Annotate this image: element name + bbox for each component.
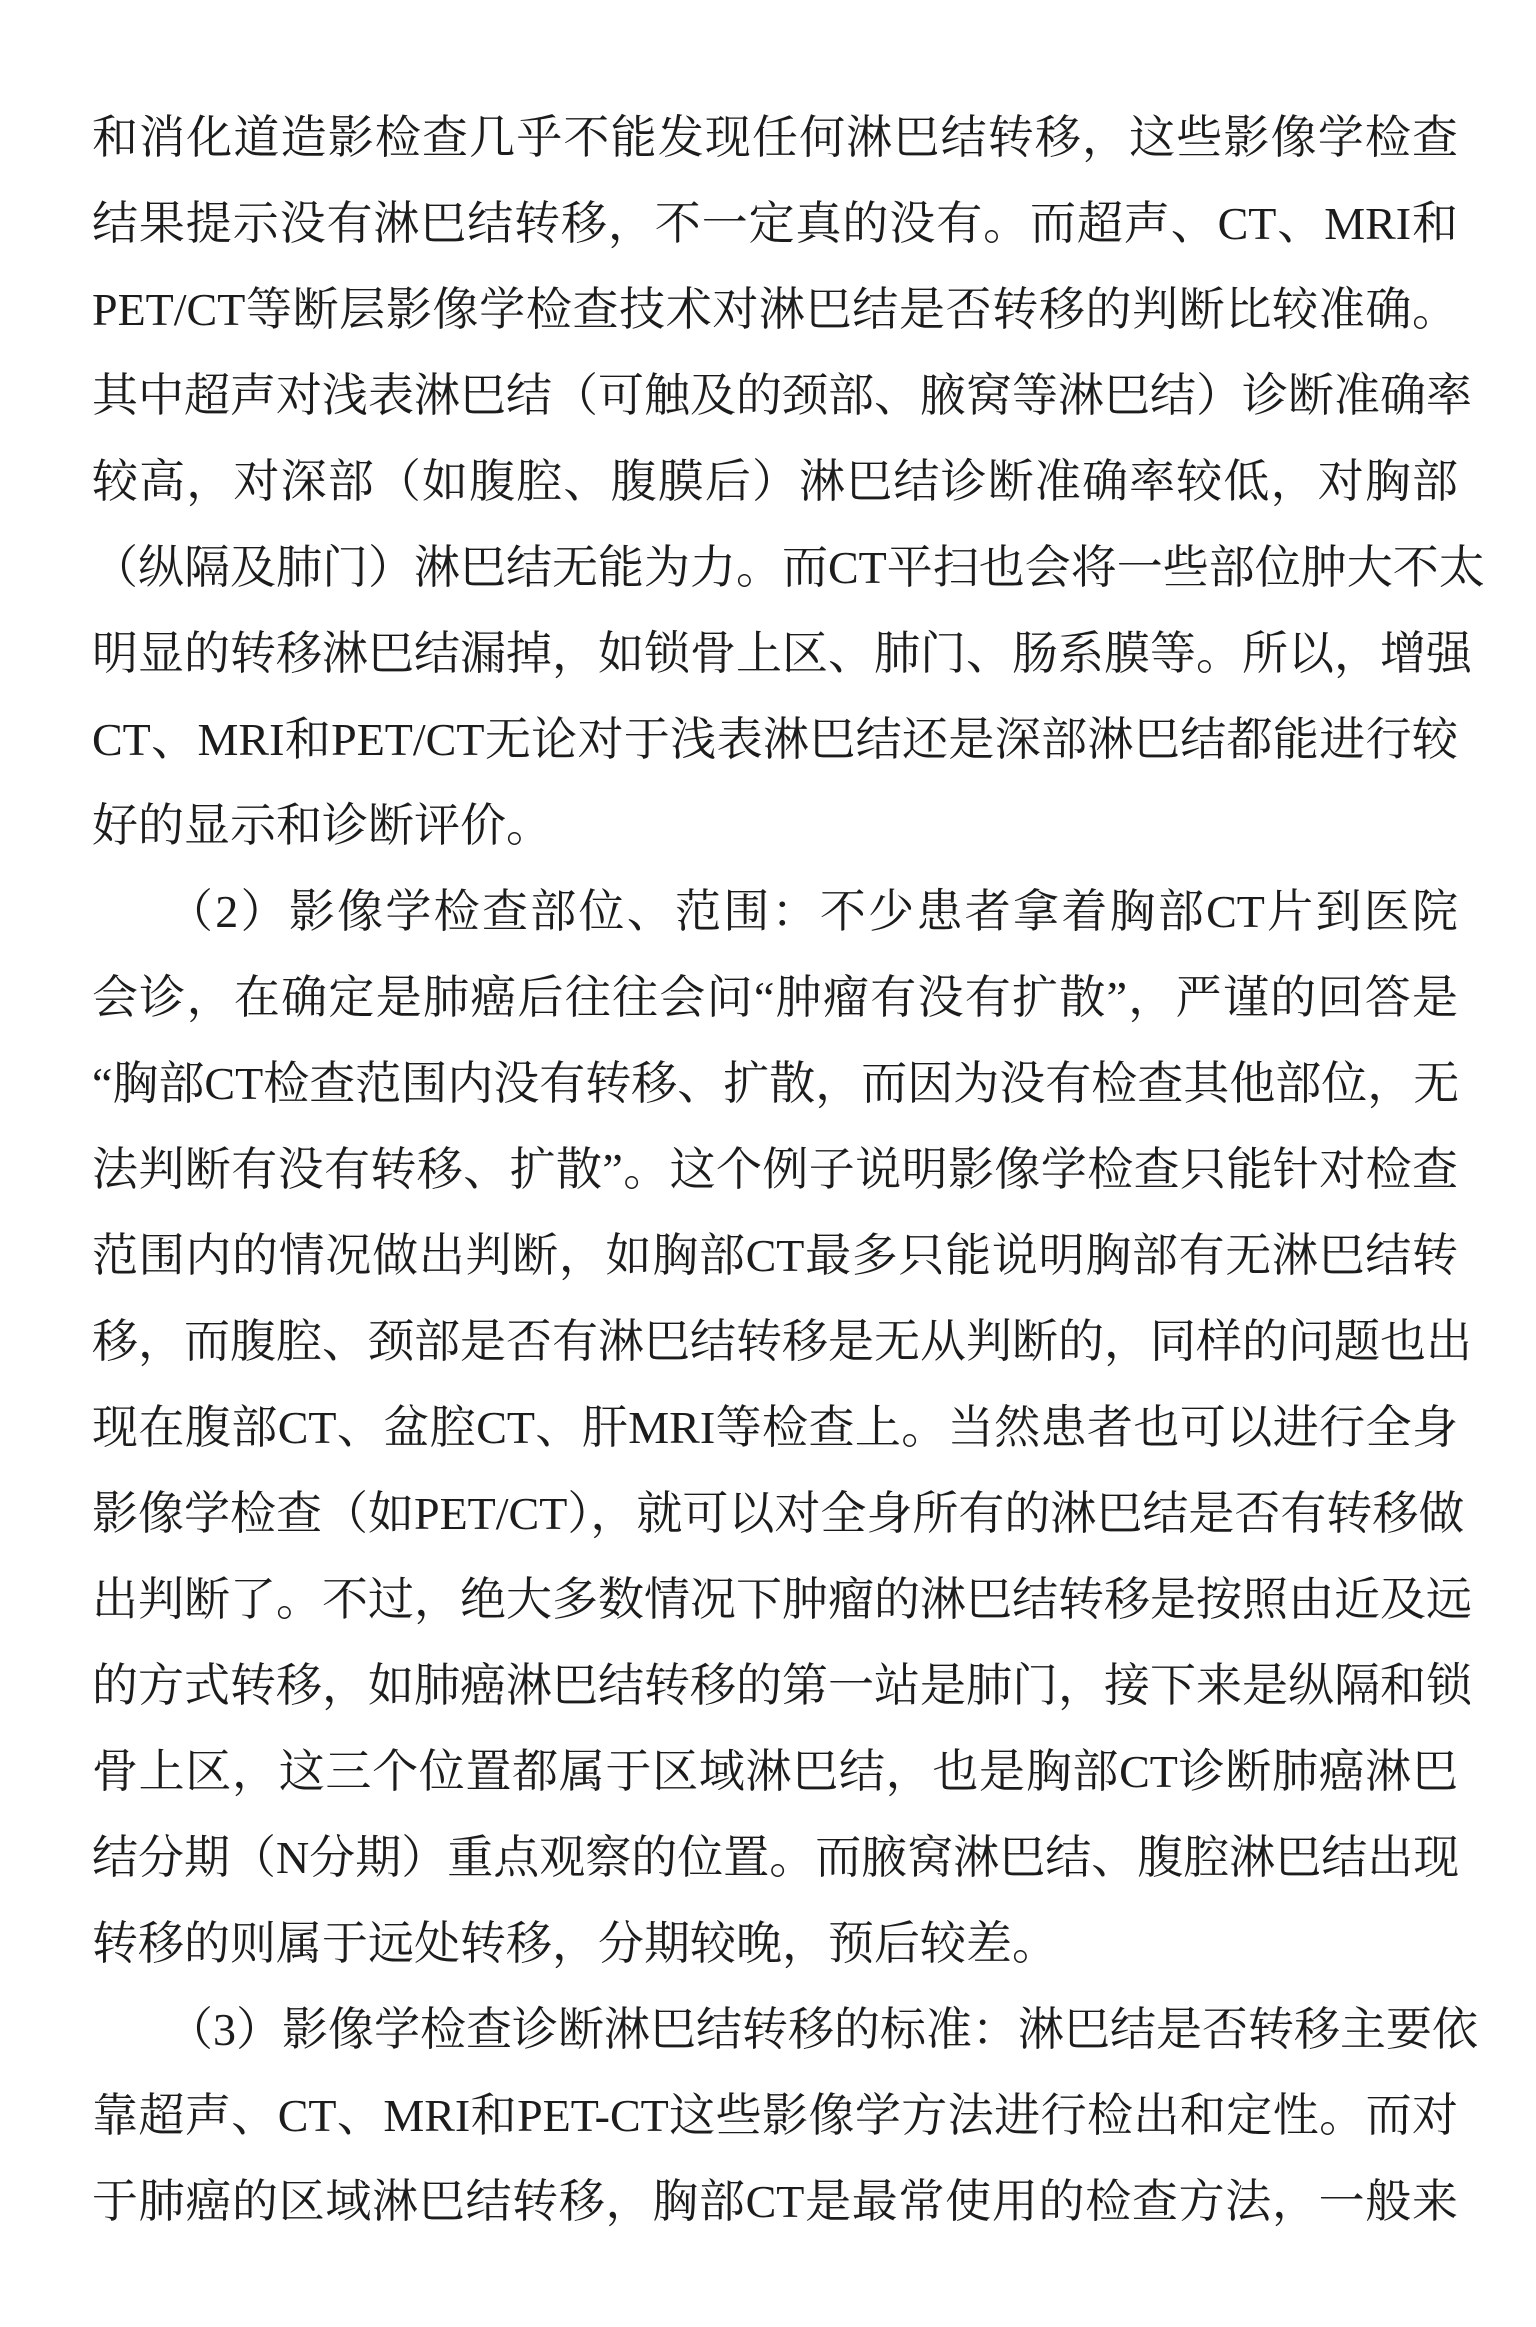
text-line: 影像学检查（如PET/CT），就可以对全身所有的淋巴结是否有转移做 xyxy=(92,1471,1458,1557)
text-line: 骨上区，这三个位置都属于区域淋巴结，也是胸部CT诊断肺癌淋巴 xyxy=(92,1729,1458,1815)
text-line: 现在腹部CT、盆腔CT、肝MRI等检查上。当然患者也可以进行全身 xyxy=(92,1385,1458,1471)
text-line: （3）影像学检查诊断淋巴结转移的标准：淋巴结是否转移主要依 xyxy=(92,1987,1458,2073)
text-line: 和消化道造影检查几乎不能发现任何淋巴结转移，这些影像学检查 xyxy=(92,95,1458,181)
page-text-block: 和消化道造影检查几乎不能发现任何淋巴结转移，这些影像学检查结果提示没有淋巴结转移… xyxy=(92,95,1458,2245)
text-line: 结分期（N分期）重点观察的位置。而腋窝淋巴结、腹腔淋巴结出现 xyxy=(92,1815,1458,1901)
paragraph-2: （2）影像学检查部位、范围：不少患者拿着胸部CT片到医院会诊，在确定是肺癌后往往… xyxy=(92,869,1458,1987)
text-line: 明显的转移淋巴结漏掉，如锁骨上区、肺门、肠系膜等。所以，增强 xyxy=(92,611,1458,697)
text-line: 的方式转移，如肺癌淋巴结转移的第一站是肺门，接下来是纵隔和锁 xyxy=(92,1643,1458,1729)
paragraph-continuation: 和消化道造影检查几乎不能发现任何淋巴结转移，这些影像学检查结果提示没有淋巴结转移… xyxy=(92,95,1458,869)
paragraph-3: （3）影像学检查诊断淋巴结转移的标准：淋巴结是否转移主要依靠超声、CT、MRI和… xyxy=(92,1987,1458,2245)
text-line: PET/CT等断层影像学检查技术对淋巴结是否转移的判断比较准确。 xyxy=(92,267,1458,353)
text-line: 出判断了。不过，绝大多数情况下肿瘤的淋巴结转移是按照由近及远 xyxy=(92,1557,1458,1643)
text-line: （纵隔及肺门）淋巴结无能为力。而CT平扫也会将一些部位肿大不太 xyxy=(92,525,1458,611)
text-line: （2）影像学检查部位、范围：不少患者拿着胸部CT片到医院 xyxy=(92,869,1458,955)
text-line: 于肺癌的区域淋巴结转移，胸部CT是最常使用的检查方法，一般来 xyxy=(92,2159,1458,2245)
text-line: CT、MRI和PET/CT无论对于浅表淋巴结还是深部淋巴结都能进行较 xyxy=(92,697,1458,783)
text-line: 好的显示和诊断评价。 xyxy=(92,783,1458,869)
text-line: 移，而腹腔、颈部是否有淋巴结转移是无从判断的，同样的问题也出 xyxy=(92,1299,1458,1385)
text-line: 法判断有没有转移、扩散”。这个例子说明影像学检查只能针对检查 xyxy=(92,1127,1458,1213)
text-line: 结果提示没有淋巴结转移，不一定真的没有。而超声、CT、MRI和 xyxy=(92,181,1458,267)
text-line: 其中超声对浅表淋巴结（可触及的颈部、腋窝等淋巴结）诊断准确率 xyxy=(92,353,1458,439)
book-page: 和消化道造影检查几乎不能发现任何淋巴结转移，这些影像学检查结果提示没有淋巴结转移… xyxy=(0,0,1536,2327)
text-line: 较高，对深部（如腹腔、腹膜后）淋巴结诊断准确率较低，对胸部 xyxy=(92,439,1458,525)
text-line: “胸部CT检查范围内没有转移、扩散，而因为没有检查其他部位，无 xyxy=(92,1041,1458,1127)
text-line: 靠超声、CT、MRI和PET-CT这些影像学方法进行检出和定性。而对 xyxy=(92,2073,1458,2159)
text-line: 转移的则属于远处转移，分期较晚，预后较差。 xyxy=(92,1901,1458,1987)
text-line: 会诊，在确定是肺癌后往往会问“肿瘤有没有扩散”，严谨的回答是 xyxy=(92,955,1458,1041)
text-line: 范围内的情况做出判断，如胸部CT最多只能说明胸部有无淋巴结转 xyxy=(92,1213,1458,1299)
